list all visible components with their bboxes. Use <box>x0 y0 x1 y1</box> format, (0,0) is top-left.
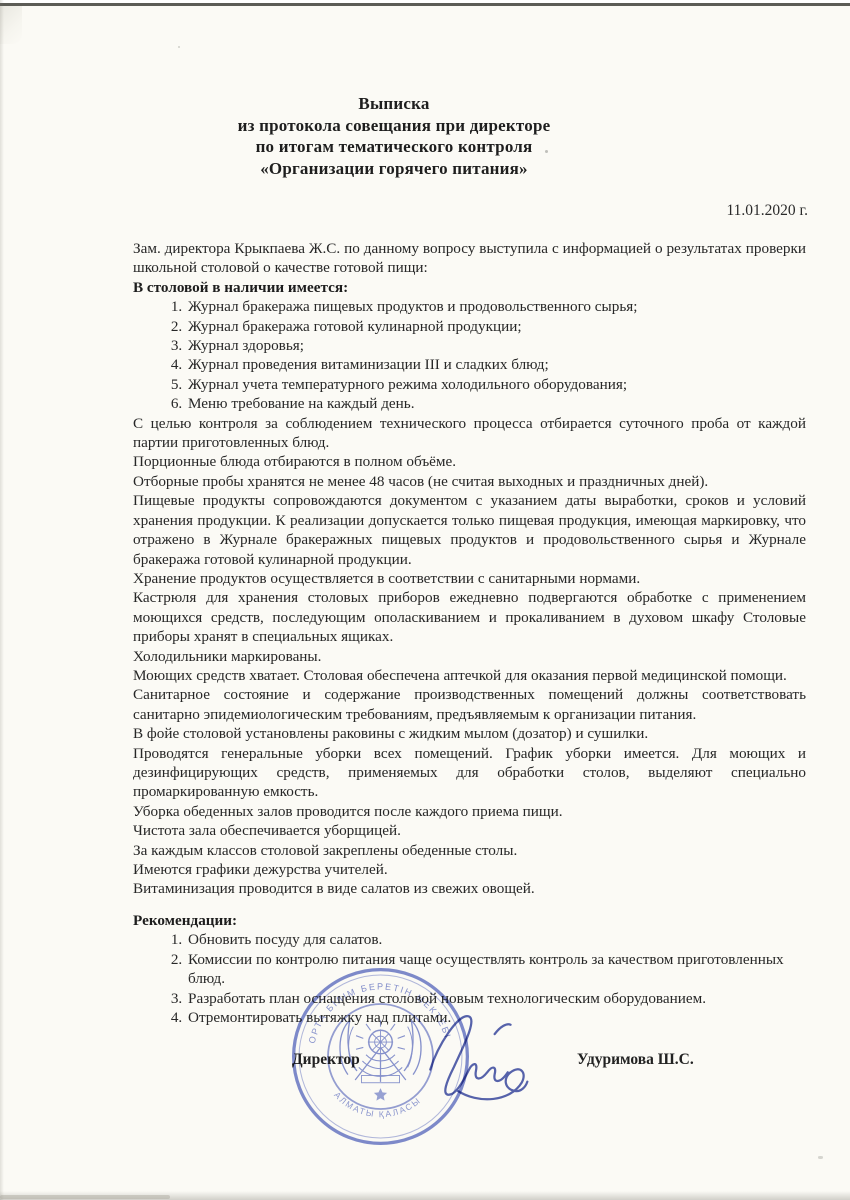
recommendations-list: Обновить посуду для салатов.Комиссии по … <box>133 930 806 1027</box>
inventory-item: Журнал проведения витаминизации III и сл… <box>186 355 806 374</box>
recommendation-item: Обновить посуду для салатов. <box>186 930 806 949</box>
body-paragraph: Пищевые продукты сопровождаются документ… <box>133 491 806 569</box>
recommendations-heading: Рекомендации: <box>133 911 806 930</box>
recommendation-item: Комиссии по контролю питания чаще осущес… <box>186 950 806 989</box>
body-paragraph: Чистота зала обеспечивается уборщицей. <box>133 821 806 840</box>
inventory-list: Журнал бракеража пищевых продуктов и про… <box>133 297 806 413</box>
title-line: Выписка <box>133 93 655 115</box>
scan-edge-bottom-smudge <box>0 1195 170 1199</box>
signature-role: Директор <box>292 1051 360 1069</box>
signature-name: Удуримова Ш.С. <box>577 1051 694 1069</box>
title-line: по итогам тематического контроля <box>133 136 655 158</box>
body-paragraph: С целью контроля за соблюдением техничес… <box>133 414 806 453</box>
inventory-item: Меню требование на каждый день. <box>186 394 806 413</box>
inventory-item: Журнал здоровья; <box>186 336 806 355</box>
body-paragraph: Холодильники маркированы. <box>133 647 806 666</box>
scan-speck <box>818 1156 823 1159</box>
inventory-item: Журнал бракеража готовой кулинарной прод… <box>186 317 806 336</box>
body-paragraph: Уборка обеденных залов проводится после … <box>133 802 806 821</box>
svg-text:АЛМАТЫ ҚАЛАСЫ: АЛМАТЫ ҚАЛАСЫ <box>332 1090 423 1119</box>
body-paragraph: В фойе столовой установлены раковины с ж… <box>133 724 806 743</box>
scan-edge-left <box>0 0 4 1200</box>
intro-paragraph: Зам. директора Крыкпаева Ж.С. по данному… <box>133 239 806 278</box>
body-paragraph: За каждым классов столовой закреплены об… <box>133 841 806 860</box>
recommendation-item: Отремонтировать вытяжку над плитами. <box>186 1008 806 1027</box>
scan-speck <box>178 46 180 48</box>
body-paragraph: Витаминизация проводится в виде салатов … <box>133 879 806 898</box>
scanned-document-page: Выпискаиз протокола совещания при директ… <box>0 0 850 1200</box>
body-paragraph: Моющих средств хватает. Столовая обеспеч… <box>133 666 806 685</box>
body-paragraphs: С целью контроля за соблюдением техничес… <box>133 414 806 899</box>
title-line: «Организации горячего питания» <box>133 158 655 180</box>
inventory-item: Журнал бракеража пищевых продуктов и про… <box>186 297 806 316</box>
document-title: Выпискаиз протокола совещания при директ… <box>133 93 655 179</box>
body-paragraph: Кастрюля для хранения столовых приборов … <box>133 588 806 646</box>
inventory-heading: В столовой в наличии имеется: <box>133 278 806 297</box>
body-paragraph: Хранение продуктов осуществляется в соот… <box>133 569 806 588</box>
stamp-ring-text-bottom: АЛМАТЫ ҚАЛАСЫ <box>332 1090 423 1119</box>
body-paragraph: Проводятся генеральные уборки всех помещ… <box>133 744 806 802</box>
title-line: из протокола совещания при директоре <box>133 115 655 137</box>
body-paragraph: Порционные блюда отбираются в полном объ… <box>133 452 806 471</box>
inventory-item: Журнал учета температурного режима холод… <box>186 375 806 394</box>
body-paragraph: Имеются графики дежурства учителей. <box>133 860 806 879</box>
document-body: Зам. директора Крыкпаева Ж.С. по данному… <box>133 239 806 899</box>
recommendation-item: Разработать план оснащения столовой новы… <box>186 989 806 1008</box>
body-paragraph: Отборные пробы хранятся не менее 48 часо… <box>133 472 806 491</box>
document-date: 11.01.2020 г. <box>726 202 808 220</box>
scan-edge-top-line <box>0 3 850 6</box>
body-paragraph: Санитарное состояние и содержание произв… <box>133 685 806 724</box>
recommendations-section: Рекомендации: Обновить посуду для салато… <box>133 911 806 1027</box>
